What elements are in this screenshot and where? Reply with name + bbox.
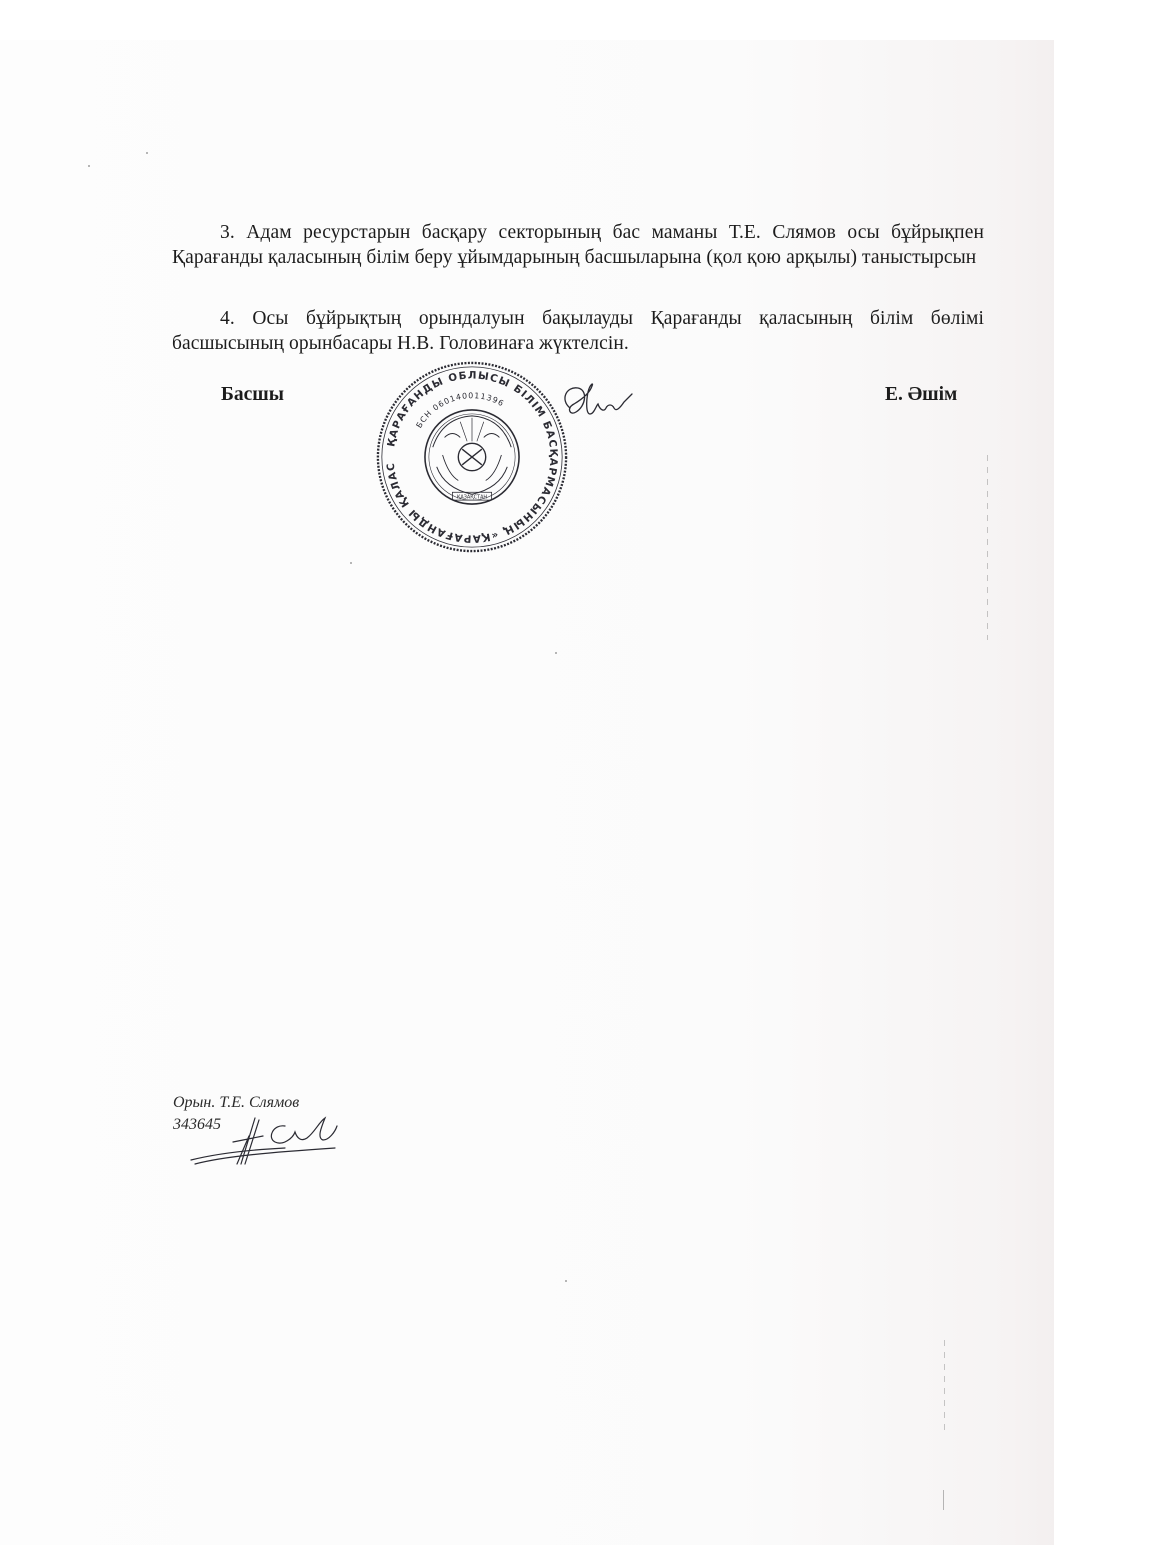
executor-signature-icon <box>185 1108 340 1166</box>
paragraph-3: 3. Адам ресурстарын басқару секторының б… <box>172 220 984 270</box>
official-stamp-icon: ҚАРАҒАНДЫ ОБЛЫСЫ БІЛІМ БАСҚАРМАСЫНЫҢ «ҚА… <box>374 356 570 558</box>
scan-speck <box>146 152 148 154</box>
scan-speck <box>565 1280 567 1282</box>
scan-edge-mark <box>943 1490 944 1510</box>
director-signature-icon <box>556 378 636 428</box>
scan-speck <box>88 165 90 167</box>
scan-edge-mark <box>987 455 988 640</box>
svg-text:ҚАРАҒАНДЫ ОБЛЫСЫ БІЛІМ БАСҚАРМ: ҚАРАҒАНДЫ ОБЛЫСЫ БІЛІМ БАСҚАРМАСЫНЫҢ «ҚА… <box>374 356 560 545</box>
svg-text:БСН 060140011396: БСН 060140011396 <box>414 391 505 430</box>
signatory-name: Е. Әшім <box>885 384 957 406</box>
signatory-title: Басшы <box>221 384 284 406</box>
svg-text:ҚАЗАҚСТАН: ҚАЗАҚСТАН <box>457 495 488 501</box>
scan-speck <box>350 562 352 564</box>
scan-edge-mark <box>944 1340 945 1430</box>
scan-speck <box>555 652 557 654</box>
paragraph-4: 4. Осы бұйрықтың орындалуын бақылауды Қа… <box>172 306 984 356</box>
